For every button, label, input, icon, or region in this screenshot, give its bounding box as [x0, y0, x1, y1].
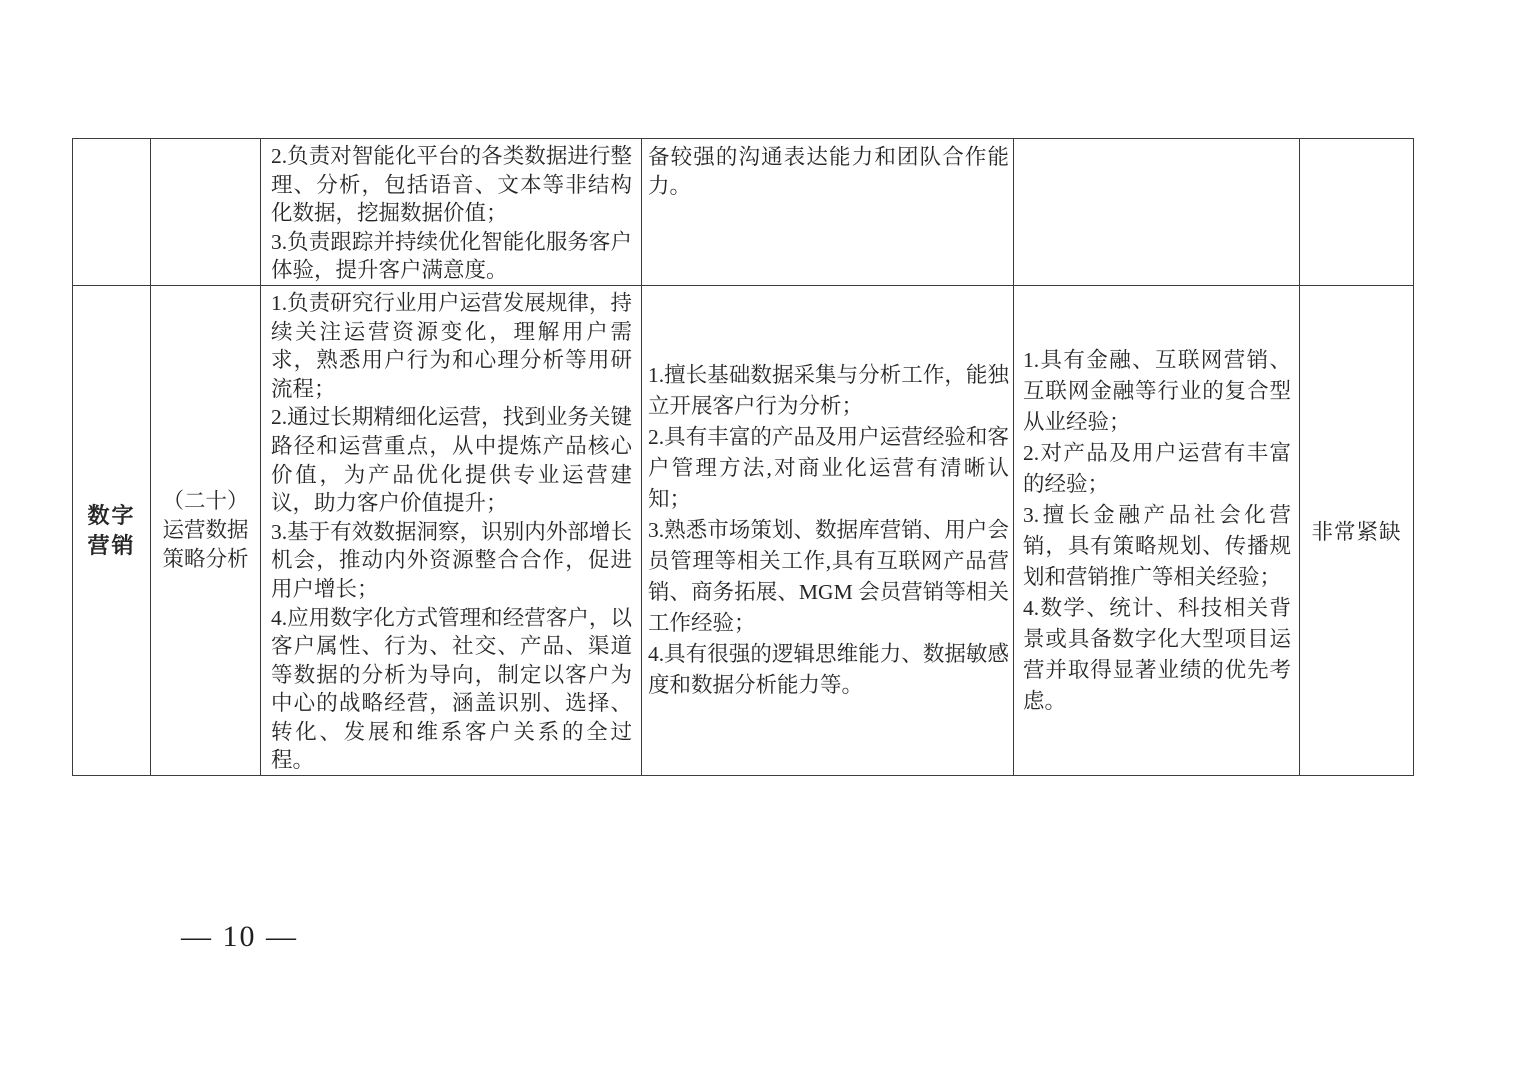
preference-item: 1.具有金融、互联网营销、互联网金融等行业的复合型从业经验； — [1023, 345, 1291, 438]
preference-item: 3.擅长金融产品社会化营销，具有策略规划、传播规划和营销推广等相关经验； — [1023, 500, 1291, 593]
table-row-main: 数字 营销 （二十） 运营数据 策略分析 1.负责研究行业用户运营发展规律，持续… — [73, 285, 1414, 775]
preference-item: 4.数学、统计、科技相关背景或具备数字化大型项目运营并取得显著业绩的优先考虑。 — [1023, 593, 1291, 717]
position-name: 运营数据 — [151, 516, 260, 545]
category-label: 营销 — [73, 531, 150, 561]
requirement-item: 1.擅长基础数据采集与分析工作，能独立开展客户行为分析； — [648, 360, 1009, 422]
requirements-cell: 1.擅长基础数据采集与分析工作，能独立开展客户行为分析； 2.具有丰富的产品及用… — [642, 285, 1014, 775]
responsibility-item: 3.基于有效数据洞察，识别内外部增长机会，推动内外资源整合合作，促进用户增长； — [271, 518, 632, 604]
category-cell — [73, 139, 151, 286]
position-name: 策略分析 — [151, 545, 260, 574]
responsibility-item: 1.负责研究行业用户运营发展规律，持续关注运营资源变化，理解用户需求，熟悉用户行… — [271, 289, 632, 403]
category-label: 数字 — [73, 501, 150, 531]
responsibility-item: 3.负责跟踪并持续优化智能化服务客户体验，提升客户满意度。 — [271, 228, 632, 285]
responsibilities-cell: 1.负责研究行业用户运营发展规律，持续关注运营资源变化，理解用户需求，熟悉用户行… — [261, 285, 642, 775]
document-page: 2.负责对智能化平台的各类数据进行整理、分析，包括语音、文本等非结构化数据，挖掘… — [0, 0, 1520, 1074]
responsibilities-cell: 2.负责对智能化平台的各类数据进行整理、分析，包括语音、文本等非结构化数据，挖掘… — [261, 139, 642, 286]
position-table: 2.负责对智能化平台的各类数据进行整理、分析，包括语音、文本等非结构化数据，挖掘… — [72, 138, 1414, 776]
table-row-continuation: 2.负责对智能化平台的各类数据进行整理、分析，包括语音、文本等非结构化数据，挖掘… — [73, 139, 1414, 286]
preference-item: 2.对产品及用户运营有丰富的经验； — [1023, 438, 1291, 500]
responsibility-item: 2.通过长期精细化运营，找到业务关键路径和运营重点，从中提炼产品核心价值，为产品… — [271, 403, 632, 517]
scarcity-status: 非常紧缺 — [1311, 520, 1401, 544]
responsibility-item: 2.负责对智能化平台的各类数据进行整理、分析，包括语音、文本等非结构化数据，挖掘… — [271, 142, 632, 228]
scarcity-cell: 非常紧缺 — [1300, 285, 1414, 775]
requirement-item: 备较强的沟通表达能力和团队合作能力。 — [648, 143, 1009, 200]
position-number: （二十） — [151, 487, 260, 516]
preferences-cell — [1014, 139, 1300, 286]
position-cell: （二十） 运营数据 策略分析 — [151, 285, 261, 775]
responsibility-item: 4.应用数字化方式管理和经营客户，以客户属性、行为、社交、产品、渠道等数据的分析… — [271, 604, 632, 776]
requirement-item: 4.具有很强的逻辑思维能力、数据敏感度和数据分析能力等。 — [648, 639, 1009, 701]
category-cell: 数字 营销 — [73, 285, 151, 775]
position-cell — [151, 139, 261, 286]
page-number: — 10 — — [181, 920, 298, 954]
requirement-item: 2.具有丰富的产品及用户运营经验和客户管理方法,对商业化运营有清晰认知； — [648, 422, 1009, 515]
scarcity-cell — [1300, 139, 1414, 286]
preferences-cell: 1.具有金融、互联网营销、互联网金融等行业的复合型从业经验； 2.对产品及用户运… — [1014, 285, 1300, 775]
requirement-item: 3.熟悉市场策划、数据库营销、用户会员管理等相关工作,具有互联网产品营销、商务拓… — [648, 515, 1009, 639]
requirements-cell: 备较强的沟通表达能力和团队合作能力。 — [642, 139, 1014, 286]
